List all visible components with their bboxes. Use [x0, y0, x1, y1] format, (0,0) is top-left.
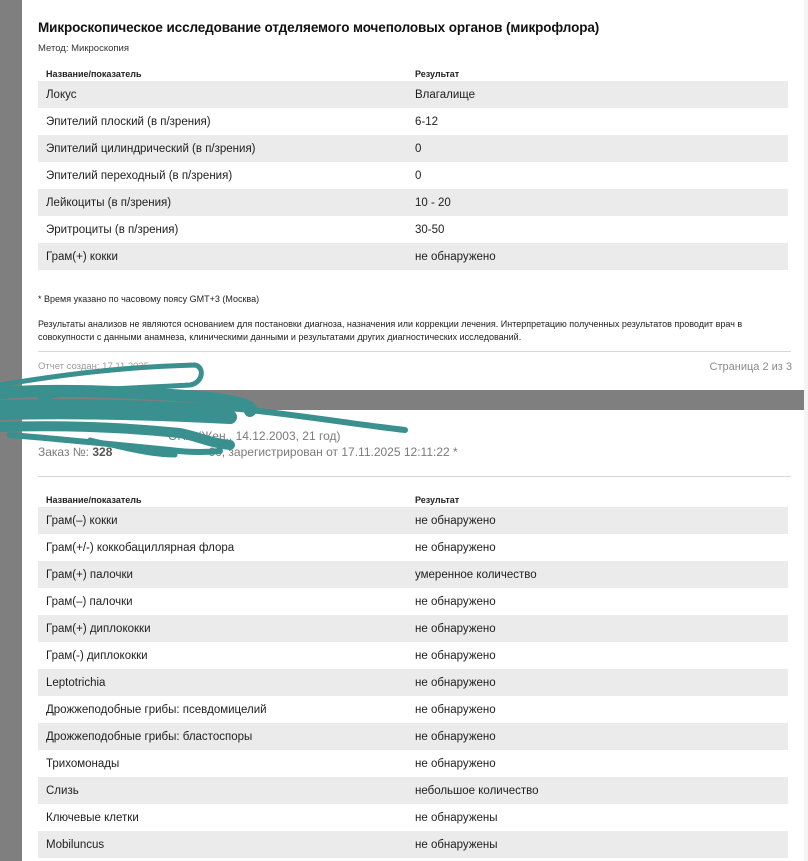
table-row: Грам(+/-) коккобациллярная флоране обнар…	[38, 534, 788, 561]
indicator-result: не обнаружено	[408, 669, 788, 696]
indicator-result: не обнаружено	[408, 750, 788, 777]
footer-divider	[38, 351, 791, 352]
indicator-result: не обнаружено	[408, 696, 788, 723]
indicator-result: не обнаружено	[408, 534, 788, 561]
table-row: Трихомонадыне обнаружено	[38, 750, 788, 777]
indicator-name: Слизь	[38, 777, 408, 804]
order-info: Заказ №: 32866, зарегистрирован от 17.11…	[38, 445, 458, 459]
patient-info: ОНА (Жен., 14.12.2003, 21 год)	[38, 429, 341, 443]
order-label: Заказ №:	[38, 445, 89, 459]
table-row: Лейкоциты (в п/зрения)10 - 20	[38, 189, 788, 216]
indicator-name: Грам(+) палочки	[38, 561, 408, 588]
table-row: Эпителий цилиндрический (в п/зрения)0	[38, 135, 788, 162]
indicator-name: Leptotrichia	[38, 669, 408, 696]
indicator-result: 30-50	[408, 216, 788, 243]
indicator-name: Ключевые клетки	[38, 804, 408, 831]
indicator-name: Грам(–) палочки	[38, 588, 408, 615]
table-row: Грам(-) диплококкине обнаружено	[38, 642, 788, 669]
report-page-3: ОНА (Жен., 14.12.2003, 21 год) Заказ №: …	[22, 410, 804, 861]
indicator-name: Эпителий плоский (в п/зрения)	[38, 108, 408, 135]
patient-details: ОНА (Жен., 14.12.2003, 21 год)	[168, 429, 341, 443]
indicator-name: Эпителий цилиндрический (в п/зрения)	[38, 135, 408, 162]
indicator-name: Лейкоциты (в п/зрения)	[38, 189, 408, 216]
indicator-name: Грам(+) кокки	[38, 243, 408, 270]
indicator-name: Mobiluncus	[38, 831, 408, 858]
order-registered: 66, зарегистрирован от 17.11.2025 12:11:…	[208, 445, 457, 459]
page-edge	[804, 0, 808, 861]
indicator-result: 6-12	[408, 108, 788, 135]
table-row: Дрожжеподобные грибы: бластоспорыне обна…	[38, 723, 788, 750]
table-row: Эпителий переходный (в п/зрения)0	[38, 162, 788, 189]
column-header-result: Результат	[408, 488, 788, 507]
timezone-note: * Время указано по часовому поясу GMT+3 …	[38, 294, 259, 304]
indicator-name: Грам(+/-) коккобациллярная флора	[38, 534, 408, 561]
indicator-result: 0	[408, 135, 788, 162]
table-row: Ключевые клеткине обнаружены	[38, 804, 788, 831]
table-row: Грам(+) палочкиумеренное количество	[38, 561, 788, 588]
indicator-name: Трихомонады	[38, 750, 408, 777]
table-row: Эритроциты (в п/зрения)30-50	[38, 216, 788, 243]
table-row: Mobiluncusне обнаружены	[38, 831, 788, 858]
indicator-result: не обнаружено	[408, 588, 788, 615]
table-row: Слизьнебольшое количество	[38, 777, 788, 804]
column-header-name: Название/показатель	[38, 488, 408, 507]
column-header-name: Название/показатель	[38, 62, 408, 81]
table-row: Грам(+) коккине обнаружено	[38, 243, 788, 270]
indicator-result: не обнаружено	[408, 642, 788, 669]
indicator-result: не обнаружены	[408, 831, 788, 858]
page-number: Страница 2 из 3	[710, 361, 792, 373]
indicator-result: не обнаружены	[408, 804, 788, 831]
section-title: Микроскопическое исследование отделяемог…	[38, 20, 599, 35]
table-row: Дрожжеподобные грибы: псевдомицелийне об…	[38, 696, 788, 723]
indicator-name: Грам(-) диплококки	[38, 642, 408, 669]
results-table-2: Название/показатель Результат Грам(–) ко…	[38, 488, 788, 858]
indicator-result: 0	[408, 162, 788, 189]
table-row: Leptotrichiaне обнаружено	[38, 669, 788, 696]
indicator-result: не обнаружено	[408, 723, 788, 750]
column-header-result: Результат	[408, 62, 788, 81]
indicator-name: Эпителий переходный (в п/зрения)	[38, 162, 408, 189]
results-table-1: Название/показатель Результат ЛокусВлага…	[38, 62, 788, 270]
indicator-result: не обнаружено	[408, 615, 788, 642]
indicator-result: небольшое количество	[408, 777, 788, 804]
indicator-name: Эритроциты (в п/зрения)	[38, 216, 408, 243]
report-page-2: Микроскопическое исследование отделяемог…	[22, 0, 804, 390]
header-divider	[38, 476, 791, 477]
table-row: ЛокусВлагалище	[38, 81, 788, 108]
table-row: Эпителий плоский (в п/зрения)6-12	[38, 108, 788, 135]
indicator-name: Дрожжеподобные грибы: псевдомицелий	[38, 696, 408, 723]
indicator-name: Грам(–) кокки	[38, 507, 408, 534]
report-created-date: Отчет создан: 17.11.2025	[38, 361, 149, 372]
method-label: Метод: Микроскопия	[38, 43, 129, 54]
indicator-name: Грам(+) диплококки	[38, 615, 408, 642]
table-row: Грам(+) диплококкине обнаружено	[38, 615, 788, 642]
indicator-result: умеренное количество	[408, 561, 788, 588]
order-number: 328	[92, 445, 112, 459]
indicator-result: не обнаружено	[408, 507, 788, 534]
indicator-name: Дрожжеподобные грибы: бластоспоры	[38, 723, 408, 750]
indicator-name: Локус	[38, 81, 408, 108]
table-row: Грам(–) палочкине обнаружено	[38, 588, 788, 615]
table-row: Грам(–) коккине обнаружено	[38, 507, 788, 534]
indicator-result: не обнаружено	[408, 243, 788, 270]
disclaimer-text: Результаты анализов не являются основани…	[38, 318, 794, 344]
indicator-result: 10 - 20	[408, 189, 788, 216]
indicator-result: Влагалище	[408, 81, 788, 108]
